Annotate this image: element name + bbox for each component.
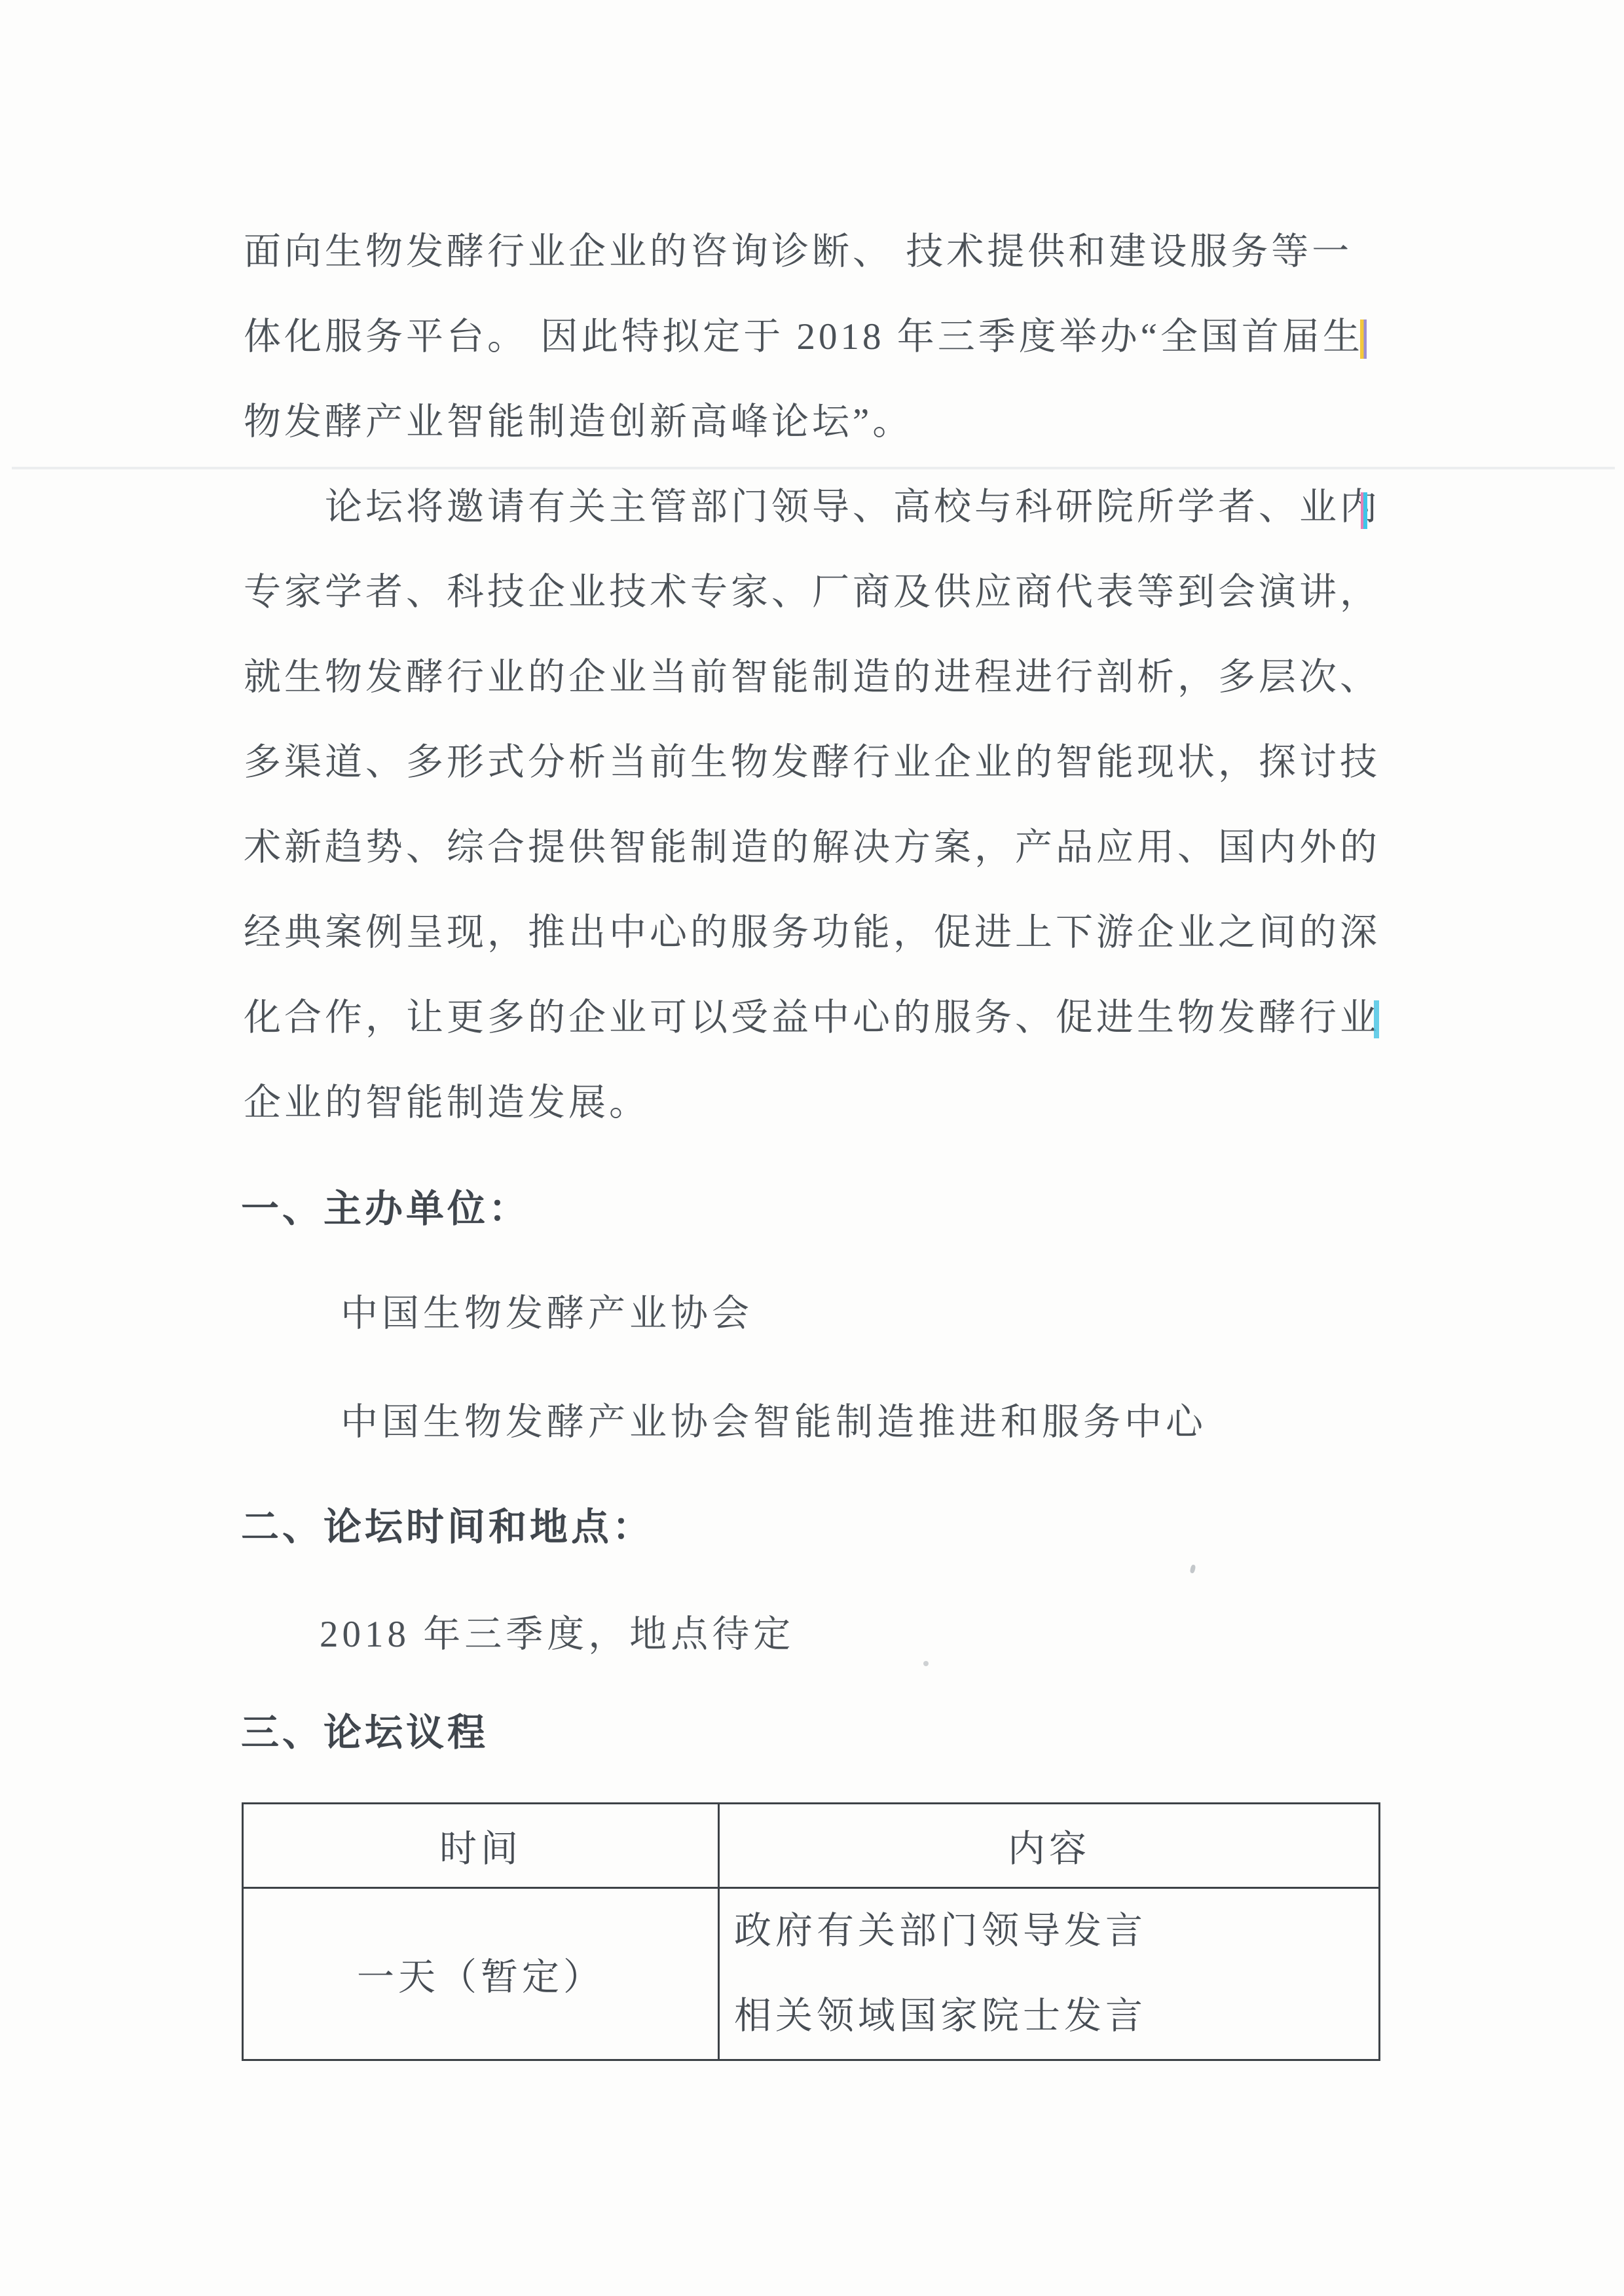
time-place-item: 2018 年三季度，地点待定 xyxy=(244,1592,794,1677)
scan-color-artifact xyxy=(1360,319,1367,359)
agenda-table-header-row: 时间 内容 xyxy=(243,1804,1380,1888)
section-heading-agenda: 三、论坛议程 xyxy=(241,1690,489,1776)
section-heading-hosts: 一、主办单位： xyxy=(241,1167,530,1252)
body-line: 物发酵产业智能制造创新高峰论坛”。 xyxy=(244,380,1384,465)
scan-speck xyxy=(923,1661,929,1666)
agenda-table-header-time: 时间 xyxy=(243,1804,719,1888)
scanned-document-page: 面向生物发酵行业企业的咨询诊断、 技术提供和建设服务等一 体化服务平台。 因此特… xyxy=(0,0,1624,2296)
agenda-content-line: 相关领域国家院士发言 xyxy=(734,1974,1378,2059)
scan-color-artifact xyxy=(1374,1000,1379,1038)
body-line: 化合作，让更多的企业可以受益中心的服务、促进生物发酵行业 xyxy=(244,975,1384,1061)
body-paragraphs: 面向生物发酵行业企业的咨询诊断、 技术提供和建设服务等一 体化服务平台。 因此特… xyxy=(244,210,1384,1146)
agenda-table-header-content: 内容 xyxy=(719,1804,1380,1888)
body-line: 经典案例呈现，推出中心的服务功能，促进上下游企业之间的深 xyxy=(244,890,1384,975)
scan-color-artifact xyxy=(1361,492,1367,529)
agenda-time-cell: 一天（暂定） xyxy=(243,1888,719,2060)
host-organization-item: 中国生物发酵产业协会 xyxy=(244,1271,753,1357)
section-heading-time-place: 二、论坛时间和地点： xyxy=(241,1485,654,1570)
agenda-content-line: 政府有关部门领导发言 xyxy=(734,1889,1378,1974)
body-line: 多渠道、多形式分析当前生物发酵行业企业的智能现状，探讨技 xyxy=(244,720,1384,805)
body-line: 就生物发酵行业的企业当前智能制造的进程进行剖析，多层次、 xyxy=(244,635,1384,720)
agenda-content-cell: 政府有关部门领导发言 相关领域国家院士发言 xyxy=(719,1888,1380,2060)
body-line: 面向生物发酵行业企业的咨询诊断、 技术提供和建设服务等一 xyxy=(244,210,1384,295)
agenda-table-row: 一天（暂定） 政府有关部门领导发言 相关领域国家院士发言 xyxy=(243,1888,1380,2060)
body-line: 论坛将邀请有关主管部门领导、高校与科研院所学者、业内 xyxy=(244,465,1384,550)
body-line: 专家学者、科技企业技术专家、厂商及供应商代表等到会演讲， xyxy=(244,550,1384,635)
body-line: 体化服务平台。 因此特拟定于 2018 年三季度举办“全国首届生 xyxy=(244,295,1384,380)
host-organization-item: 中国生物发酵产业协会智能制造推进和服务中心 xyxy=(244,1380,1207,1465)
body-line: 术新趋势、综合提供智能制造的解决方案，产品应用、国内外的 xyxy=(244,805,1384,890)
body-line: 企业的智能制造发展。 xyxy=(244,1061,1384,1146)
scan-speck xyxy=(1190,1564,1196,1573)
agenda-table: 时间 内容 一天（暂定） 政府有关部门领导发言 相关领域国家院士发言 xyxy=(242,1802,1380,2061)
